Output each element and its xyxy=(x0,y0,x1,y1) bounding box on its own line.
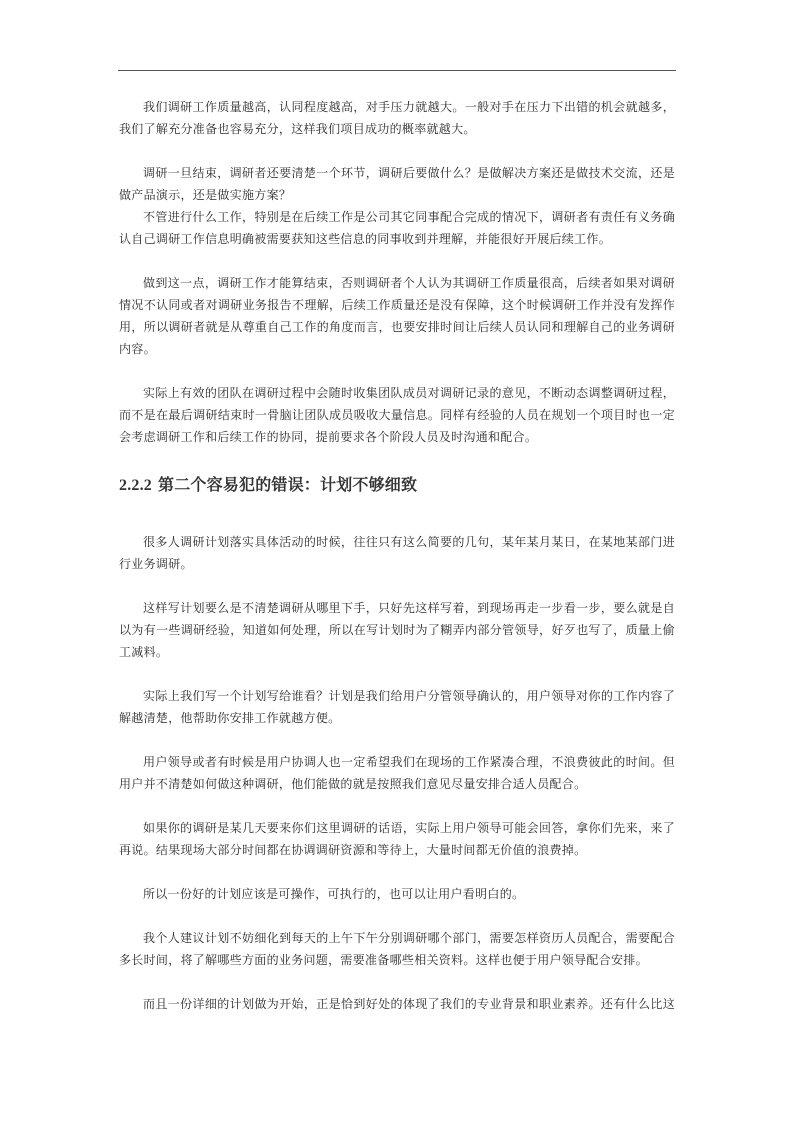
paragraph: 所以一份好的计划应该是可操作，可执行的，也可以让用户看明白的。 xyxy=(119,883,675,905)
paragraph: 我们调研工作质量越高，认同程度越高，对手压力就越大。一般对手在压力下出错的机会就… xyxy=(119,96,675,140)
paragraph: 实际上我们写一个计划写给谁看？计划是我们给用户分管领导确认的，用户领导对你的工作… xyxy=(119,685,675,729)
paragraph: 我个人建议计划不妨细化到每天的上午下午分别调研哪个部门，需要怎样资历人员配合，需… xyxy=(119,927,675,971)
document-page: 我们调研工作质量越高，认同程度越高，对手压力就越大。一般对手在压力下出错的机会就… xyxy=(0,0,795,1123)
paragraph: 做到这一点，调研工作才能算结束，否则调研者个人认为其调研工作质量很高，后续者如果… xyxy=(119,272,675,360)
paragraph: 不管进行什么工作，特别是在后续工作是公司其它同事配合完成的情况下，调研者有责任有… xyxy=(119,206,675,250)
paragraph: 而且一份详细的计划做为开始，正是恰到好处的体现了我们的专业背景和职业素养。还有什… xyxy=(119,993,675,1014)
paragraph: 调研一旦结束，调研者还要清楚一个环节，调研后要做什么？是做解决方案还是做技术交流… xyxy=(119,162,675,206)
section-title: 第二个容易犯的错误：计划不够细致 xyxy=(158,475,417,494)
section-heading: 2.2.2第二个容易犯的错误：计划不够细致 xyxy=(119,474,675,497)
paragraph: 如果你的调研是某几天要来你们这里调研的话语，实际上用户领导可能会回答，拿你们先来… xyxy=(119,817,675,861)
paragraph: 实际上有效的团队在调研过程中会随时收集团队成员对调研记录的意见，不断动态调整调研… xyxy=(119,382,675,448)
section-number: 2.2.2 xyxy=(119,477,152,494)
paragraph: 很多人调研计划落实具体活动的时候，往往只有这么简要的几句，某年某月某日，在某地某… xyxy=(119,531,675,575)
paragraph: 用户领导或者有时候是用户协调人也一定希望我们在现场的工作紧凑合理，不浪费彼此的时… xyxy=(119,751,675,795)
paragraph: 这样写计划要么是不清楚调研从哪里下手，只好先这样写着，到现场再走一步看一步，要么… xyxy=(119,597,675,663)
page-content: 我们调研工作质量越高，认同程度越高，对手压力就越大。一般对手在压力下出错的机会就… xyxy=(119,96,675,1014)
header-divider xyxy=(118,70,676,71)
